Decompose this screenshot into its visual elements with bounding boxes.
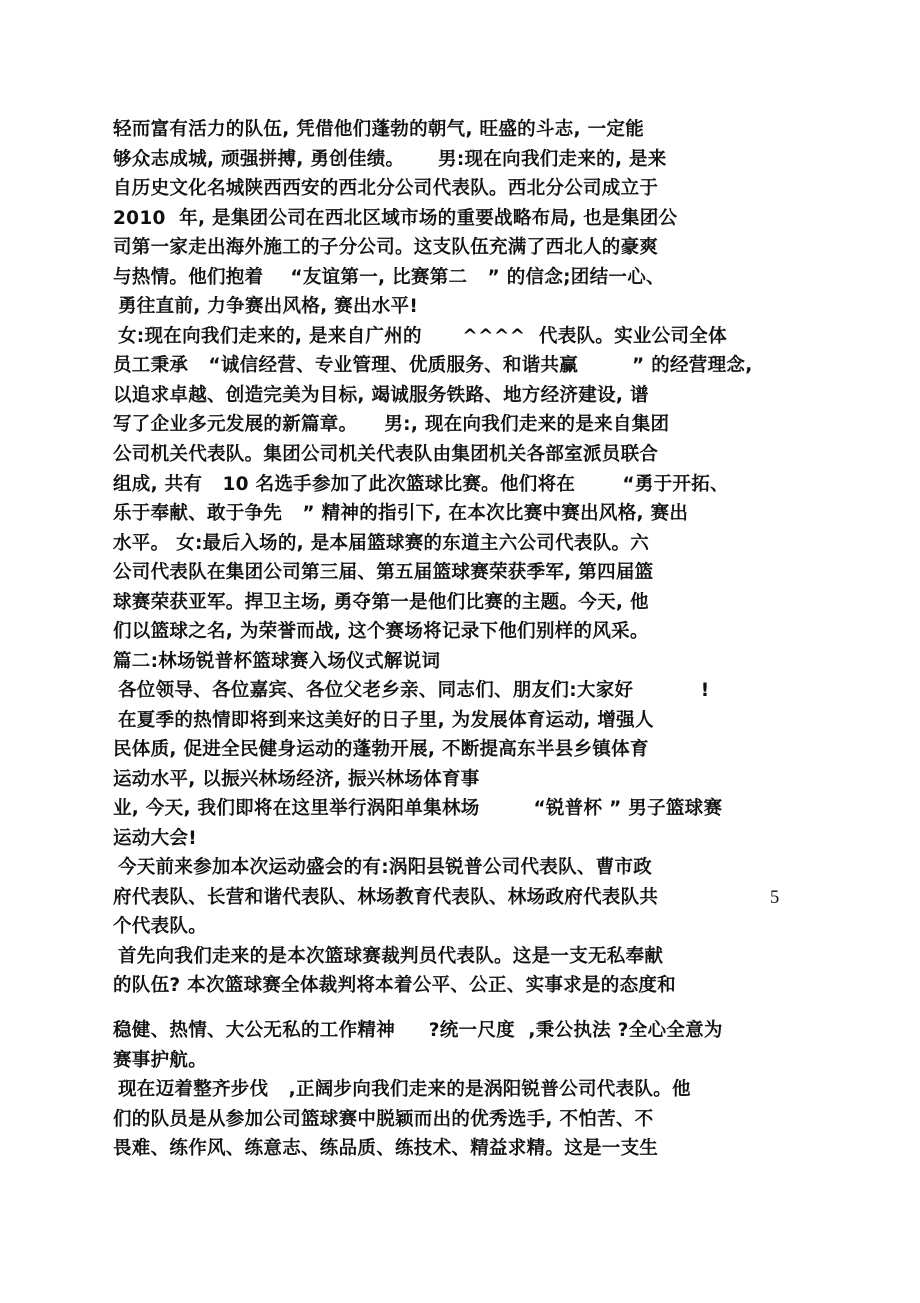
team-count: 5 [770,887,780,909]
text-line-13: 组成, 共有 10 名选手参加了此次篮球比赛。他们将在 “勇于开拓、 [113,474,729,496]
text-line-1: 轻而富有活力的队伍, 凭借他们蓬勃的朝气, 旺盛的斗志, 一定能 [113,119,644,141]
text-line-33: 现在迈着整齐步伐 ,正阔步向我们走来的是涡阳锐普公司代表队。他 [118,1079,691,1101]
text-line-28: 个代表队。 [113,916,207,938]
text-line-21: 在夏季的热情即将到来这美好的日子里, 为发展体育运动, 增强人 [118,710,654,732]
text-line-4: 2010 年, 是集团公司在西北区域市场的重要战略布局, 也是集团公 [113,208,677,230]
text-line-23: 运动水平, 以振兴林场经济, 振兴林场体育事 [113,769,480,791]
text-line-24: 业, 今天, 我们即将在这里举行涡阳单集林场 “锐普杯 ” 男子篮球赛 [113,798,722,820]
text-line-16: 公司代表队在集团公司第三届、第五届篮球赛荣获季军, 第四届篮 [113,562,653,584]
text-line-25: 运动大会! [113,828,197,850]
text-line-35: 畏难、练作风、练意志、练品质、练技术、精益求精。这是一支生 [113,1138,658,1160]
text-line-12: 公司机关代表队。集团公司机关代表队由集团机关各部室派员联合 [113,444,658,466]
text-line-9: 员工秉承 “诚信经营、专业管理、优质服务、和谐共赢 ” 的经营理念, [113,355,753,377]
text-line-18: 们以篮球之名, 为荣誉而战, 这个赛场将记录下他们别样的风采。 [113,621,649,643]
text-line-20: 各位领导、各位嘉宾、各位父老乡亲、同志们、朋友们:大家好 ! [118,680,709,702]
text-line-34: 们的队员是从参加公司篮球赛中脱颖而出的优秀选手, 不怕苦、不 [113,1109,653,1131]
text-line-31: 稳健、热情、大公无私的工作精神 ?统一尺度 ,秉公执法 ?全心全意为 [113,1020,723,1042]
document-page: 轻而富有活力的队伍, 凭借他们蓬勃的朝气, 旺盛的斗志, 一定能 够众志成城, … [0,0,920,1303]
text-line-30: 的队伍? 本次篮球赛全体裁判将本着公平、公正、实事求是的态度和 [113,975,676,997]
text-line-7: 勇往直前, 力争赛出风格, 赛出水平! [118,296,418,318]
text-line-3: 自历史文化名城陕西西安的西北分公司代表队。西北分公司成立于 [113,178,658,200]
text-line-2: 够众志成城, 顽强拼搏, 勇创佳绩。 男:现在向我们走来的, 是来 [113,149,667,171]
text-line-22: 民体质, 促进全民健身运动的蓬勃开展, 不断提高东半县乡镇体育 [113,739,649,761]
text-line-14: 乐于奉献、敢于争先 ” 精神的指引下, 在本次比赛中赛出风格, 赛出 [113,503,688,525]
text-line-32: 赛事护航。 [113,1050,207,1072]
text-line-6: 与热情。他们抱着 “友谊第一, 比赛第二 ” 的信念;团结一心、 [113,267,665,289]
text-line-5: 司第一家走出海外施工的子分公司。这支队伍充满了西北人的豪爽 [113,237,658,259]
text-line-10: 以追求卓越、创造完美为目标, 竭诚服务铁路、地方经济建设, 谱 [113,385,649,407]
section-heading: 篇二:林场锐普杯篮球赛入场仪式解说词 [113,651,440,673]
text-line-8: 女:现在向我们走来的, 是来自广州的 ^^^^ 代表队。实业公司全体 [118,326,727,348]
text-line-11: 写了企业多元发展的新篇章。 男:, 现在向我们走来的是来自集团 [113,414,669,436]
text-line-15: 水平。 女:最后入场的, 是本届篮球赛的东道主六公司代表队。六 [113,533,649,555]
text-line-17: 球赛荣获亚军。捍卫主场, 勇夺第一是他们比赛的主题。今天, 他 [113,592,649,614]
text-line-27: 府代表队、长营和谐代表队、林场教育代表队、林场政府代表队共 [113,887,658,909]
text-line-26: 今天前来参加本次运动盛会的有:涡阳县锐普公司代表队、曹市政 [118,857,652,879]
text-line-29: 首先向我们走来的是本次篮球赛裁判员代表队。这是一支无私奉献 [118,946,663,968]
